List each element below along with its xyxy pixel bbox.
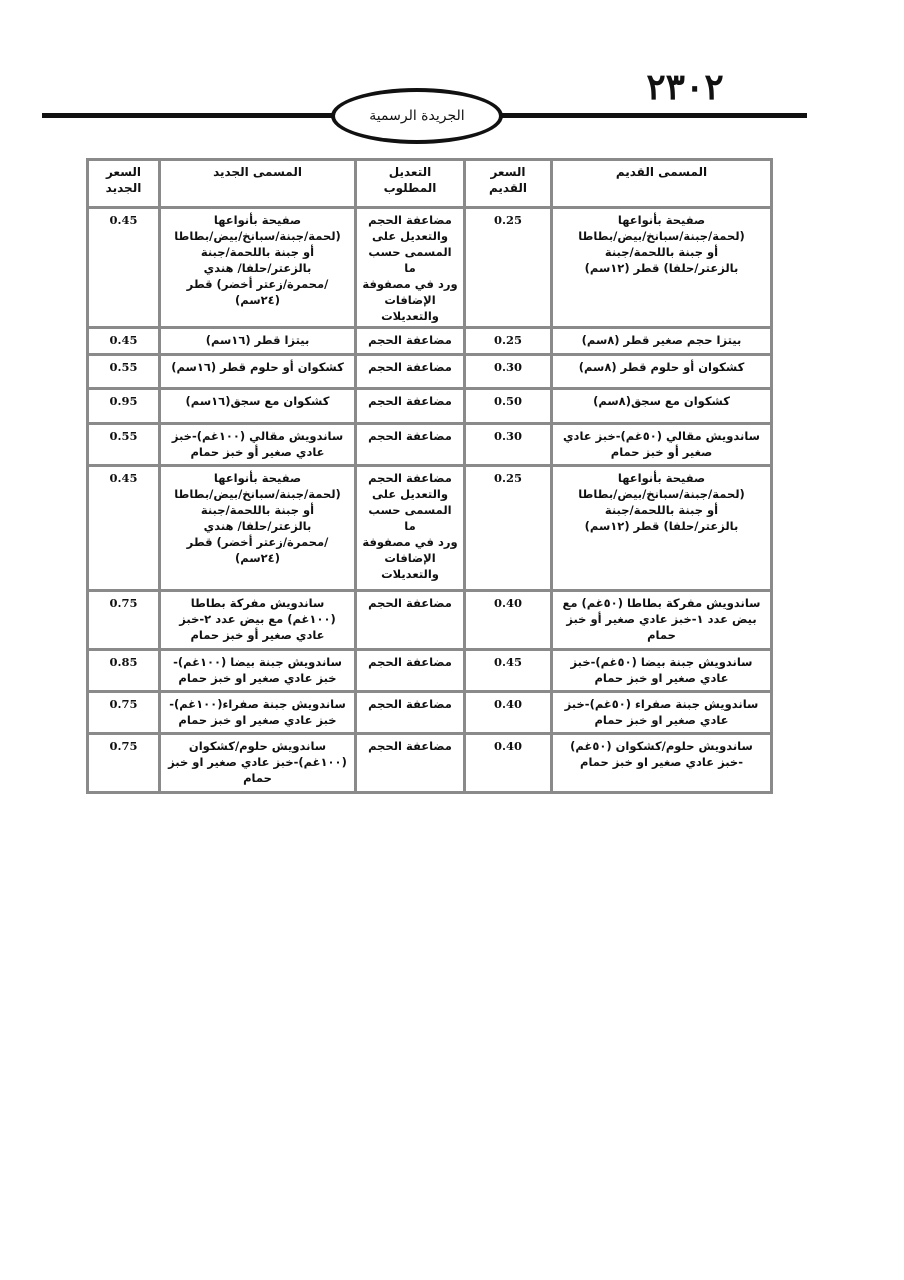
table-row: ساندويش حلوم/كشكوان (٥٠غم) -خبز عادي صغي…: [88, 734, 772, 793]
cell-modification: مضاعفة الحجم: [356, 389, 465, 424]
cell-new-name: ساندويش جبنة بيضا (١٠٠غم)- خبز عادي صغير…: [160, 650, 356, 692]
table-row: ساندويش جبنة صفراء (٥٠غم)-خبز عادي صغير …: [88, 692, 772, 734]
cell-old-price: 0.40: [465, 591, 552, 650]
column-header-new-name: المسمى الجديد: [160, 160, 356, 208]
cell-new-name: كشكوان أو حلوم قطر (١٦سم): [160, 355, 356, 389]
table-header-row: المسمى القديم السعر القديم التعديل المطل…: [88, 160, 772, 208]
cell-old-price: 0.25: [465, 328, 552, 355]
cell-new-name: ساندويش مقالي (١٠٠غم)-خبز عادي صغير أو خ…: [160, 424, 356, 466]
cell-new-price: 0.45: [88, 466, 160, 591]
column-header-old-name: المسمى القديم: [552, 160, 772, 208]
cell-new-name: ساندويش مفركة بطاطا (١٠٠غم) مع بيض عدد ٢…: [160, 591, 356, 650]
cell-old-price: 0.40: [465, 734, 552, 793]
page-number: ٢٣٠٢: [640, 66, 730, 108]
cell-old-name: صفيحة بأنواعها (لحمة/جبنة/سبانخ/بيض/بطاط…: [552, 466, 772, 591]
table-row: صفيحة بأنواعها (لحمة/جبنة/سبانخ/بيض/بطاط…: [88, 466, 772, 591]
table-row: ساندويش مقالي (٥٠غم)-خبز عادي صغير أو خب…: [88, 424, 772, 466]
cell-modification: مضاعفة الحجم: [356, 591, 465, 650]
cell-modification: مضاعفة الحجم: [356, 692, 465, 734]
cell-new-price: 0.75: [88, 692, 160, 734]
gazette-title-oval: الجريدة الرسمية: [331, 88, 503, 144]
cell-new-price: 0.75: [88, 591, 160, 650]
cell-new-name: كشكوان مع سجق(١٦سم): [160, 389, 356, 424]
cell-new-name: ساندويش حلوم/كشكوان (١٠٠غم)-خبز عادي صغي…: [160, 734, 356, 793]
cell-new-price: 0.55: [88, 424, 160, 466]
table-row: بيتزا حجم صغير قطر (٨سم) 0.25 مضاعفة الح…: [88, 328, 772, 355]
price-modification-table: المسمى القديم السعر القديم التعديل المطل…: [86, 158, 773, 794]
cell-old-price: 0.30: [465, 355, 552, 389]
column-header-new-price: السعر الجديد: [88, 160, 160, 208]
table-row: ساندويش جبنة بيضا (٥٠غم)-خبز عادي صغير ا…: [88, 650, 772, 692]
cell-new-price: 0.85: [88, 650, 160, 692]
table-row: كشكوان أو حلوم قطر (٨سم) 0.30 مضاعفة الح…: [88, 355, 772, 389]
gazette-title: الجريدة الرسمية: [369, 108, 464, 124]
cell-modification: مضاعفة الحجم والتعديل على المسمى حسب ما …: [356, 466, 465, 591]
cell-old-price: 0.45: [465, 650, 552, 692]
cell-old-name: ساندويش مقالي (٥٠غم)-خبز عادي صغير أو خب…: [552, 424, 772, 466]
cell-old-name: صفيحة بأنواعها (لحمة/جبنة/سبانخ/بيض/بطاط…: [552, 208, 772, 328]
cell-new-price: 0.45: [88, 328, 160, 355]
table-row: ساندويش مفركة بطاطا (٥٠غم) مع بيض عدد ١-…: [88, 591, 772, 650]
cell-old-name: كشكوان أو حلوم قطر (٨سم): [552, 355, 772, 389]
cell-old-name: كشكوان مع سجق(٨سم): [552, 389, 772, 424]
cell-old-name: ساندويش جبنة صفراء (٥٠غم)-خبز عادي صغير …: [552, 692, 772, 734]
cell-old-name: ساندويش مفركة بطاطا (٥٠غم) مع بيض عدد ١-…: [552, 591, 772, 650]
cell-old-price: 0.40: [465, 692, 552, 734]
cell-new-price: 0.55: [88, 355, 160, 389]
cell-modification: مضاعفة الحجم: [356, 355, 465, 389]
cell-old-price: 0.50: [465, 389, 552, 424]
cell-modification: مضاعفة الحجم: [356, 328, 465, 355]
cell-new-price: 0.75: [88, 734, 160, 793]
cell-new-price: 0.45: [88, 208, 160, 328]
cell-new-price: 0.95: [88, 389, 160, 424]
cell-old-name: ساندويش حلوم/كشكوان (٥٠غم) -خبز عادي صغي…: [552, 734, 772, 793]
cell-old-price: 0.25: [465, 466, 552, 591]
cell-old-name: ساندويش جبنة بيضا (٥٠غم)-خبز عادي صغير ا…: [552, 650, 772, 692]
cell-modification: مضاعفة الحجم: [356, 734, 465, 793]
column-header-old-price: السعر القديم: [465, 160, 552, 208]
table-row: كشكوان مع سجق(٨سم) 0.50 مضاعفة الحجم كشك…: [88, 389, 772, 424]
cell-new-name: بيتزا قطر (١٦سم): [160, 328, 356, 355]
cell-old-price: 0.30: [465, 424, 552, 466]
cell-modification: مضاعفة الحجم: [356, 424, 465, 466]
cell-new-name: صفيحة بأنواعها (لحمة/جبنة/سبانخ/بيض/بطاط…: [160, 208, 356, 328]
cell-modification: مضاعفة الحجم: [356, 650, 465, 692]
column-header-modification: التعديل المطلوب: [356, 160, 465, 208]
cell-new-name: صفيحة بأنواعها (لحمة/جبنة/سبانخ/بيض/بطاط…: [160, 466, 356, 591]
cell-old-price: 0.25: [465, 208, 552, 328]
table-row: صفيحة بأنواعها (لحمة/جبنة/سبانخ/بيض/بطاط…: [88, 208, 772, 328]
cell-old-name: بيتزا حجم صغير قطر (٨سم): [552, 328, 772, 355]
cell-new-name: ساندويش جبنة صفراء(١٠٠غم)- خبز عادي صغير…: [160, 692, 356, 734]
cell-modification: مضاعفة الحجم والتعديل على المسمى حسب ما …: [356, 208, 465, 328]
